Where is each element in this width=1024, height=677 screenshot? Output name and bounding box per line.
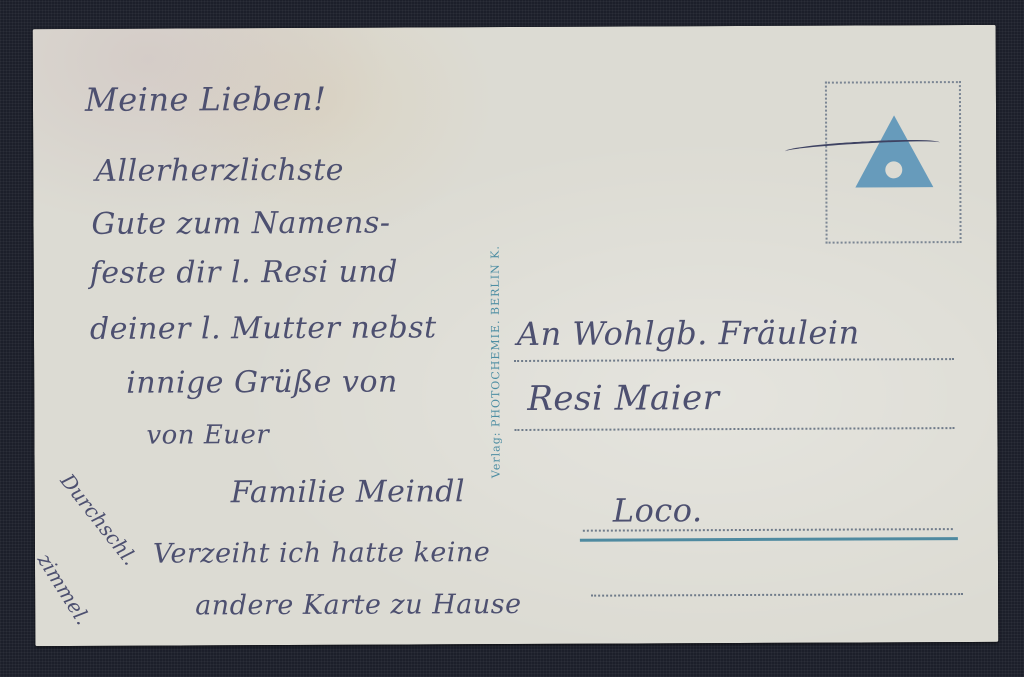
signature: Familie Meindl — [231, 474, 466, 510]
greeting: Meine Lieben! — [85, 80, 327, 119]
message-line: deiner l. Mutter nebst — [90, 310, 437, 347]
address-rule — [514, 358, 954, 362]
address-line-3: Loco. — [613, 491, 703, 529]
stamp-hole — [885, 161, 902, 178]
address-rule-solid — [580, 537, 958, 542]
postscript-line: Verzeiht ich hatte keine — [153, 537, 491, 569]
address-rule — [514, 427, 954, 431]
address-rule — [591, 593, 963, 597]
address-rule — [583, 528, 953, 532]
margin-note: zimmel. — [33, 549, 96, 629]
message-line: Allerherzlichste — [95, 153, 344, 189]
margin-note: Durchschl. — [56, 469, 143, 570]
publisher-imprint: Verlag: PHOTOCHEMIE. BERLIN K. — [489, 227, 514, 497]
address-line-2: Resi Maier — [527, 378, 719, 419]
postcard: Meine Lieben! Allerherzlichste Gute zum … — [33, 25, 999, 646]
postscript-line: andere Karte zu Hause — [195, 589, 522, 621]
stamp-area — [825, 81, 962, 244]
message-line: feste dir l. Resi und — [90, 255, 398, 291]
message-line: von Euer — [146, 420, 269, 451]
address-line-1: An Wohlgb. Fräulein — [517, 313, 860, 352]
message-line: innige Grüße von — [126, 365, 398, 401]
message-line: Gute zum Namens- — [91, 206, 390, 242]
